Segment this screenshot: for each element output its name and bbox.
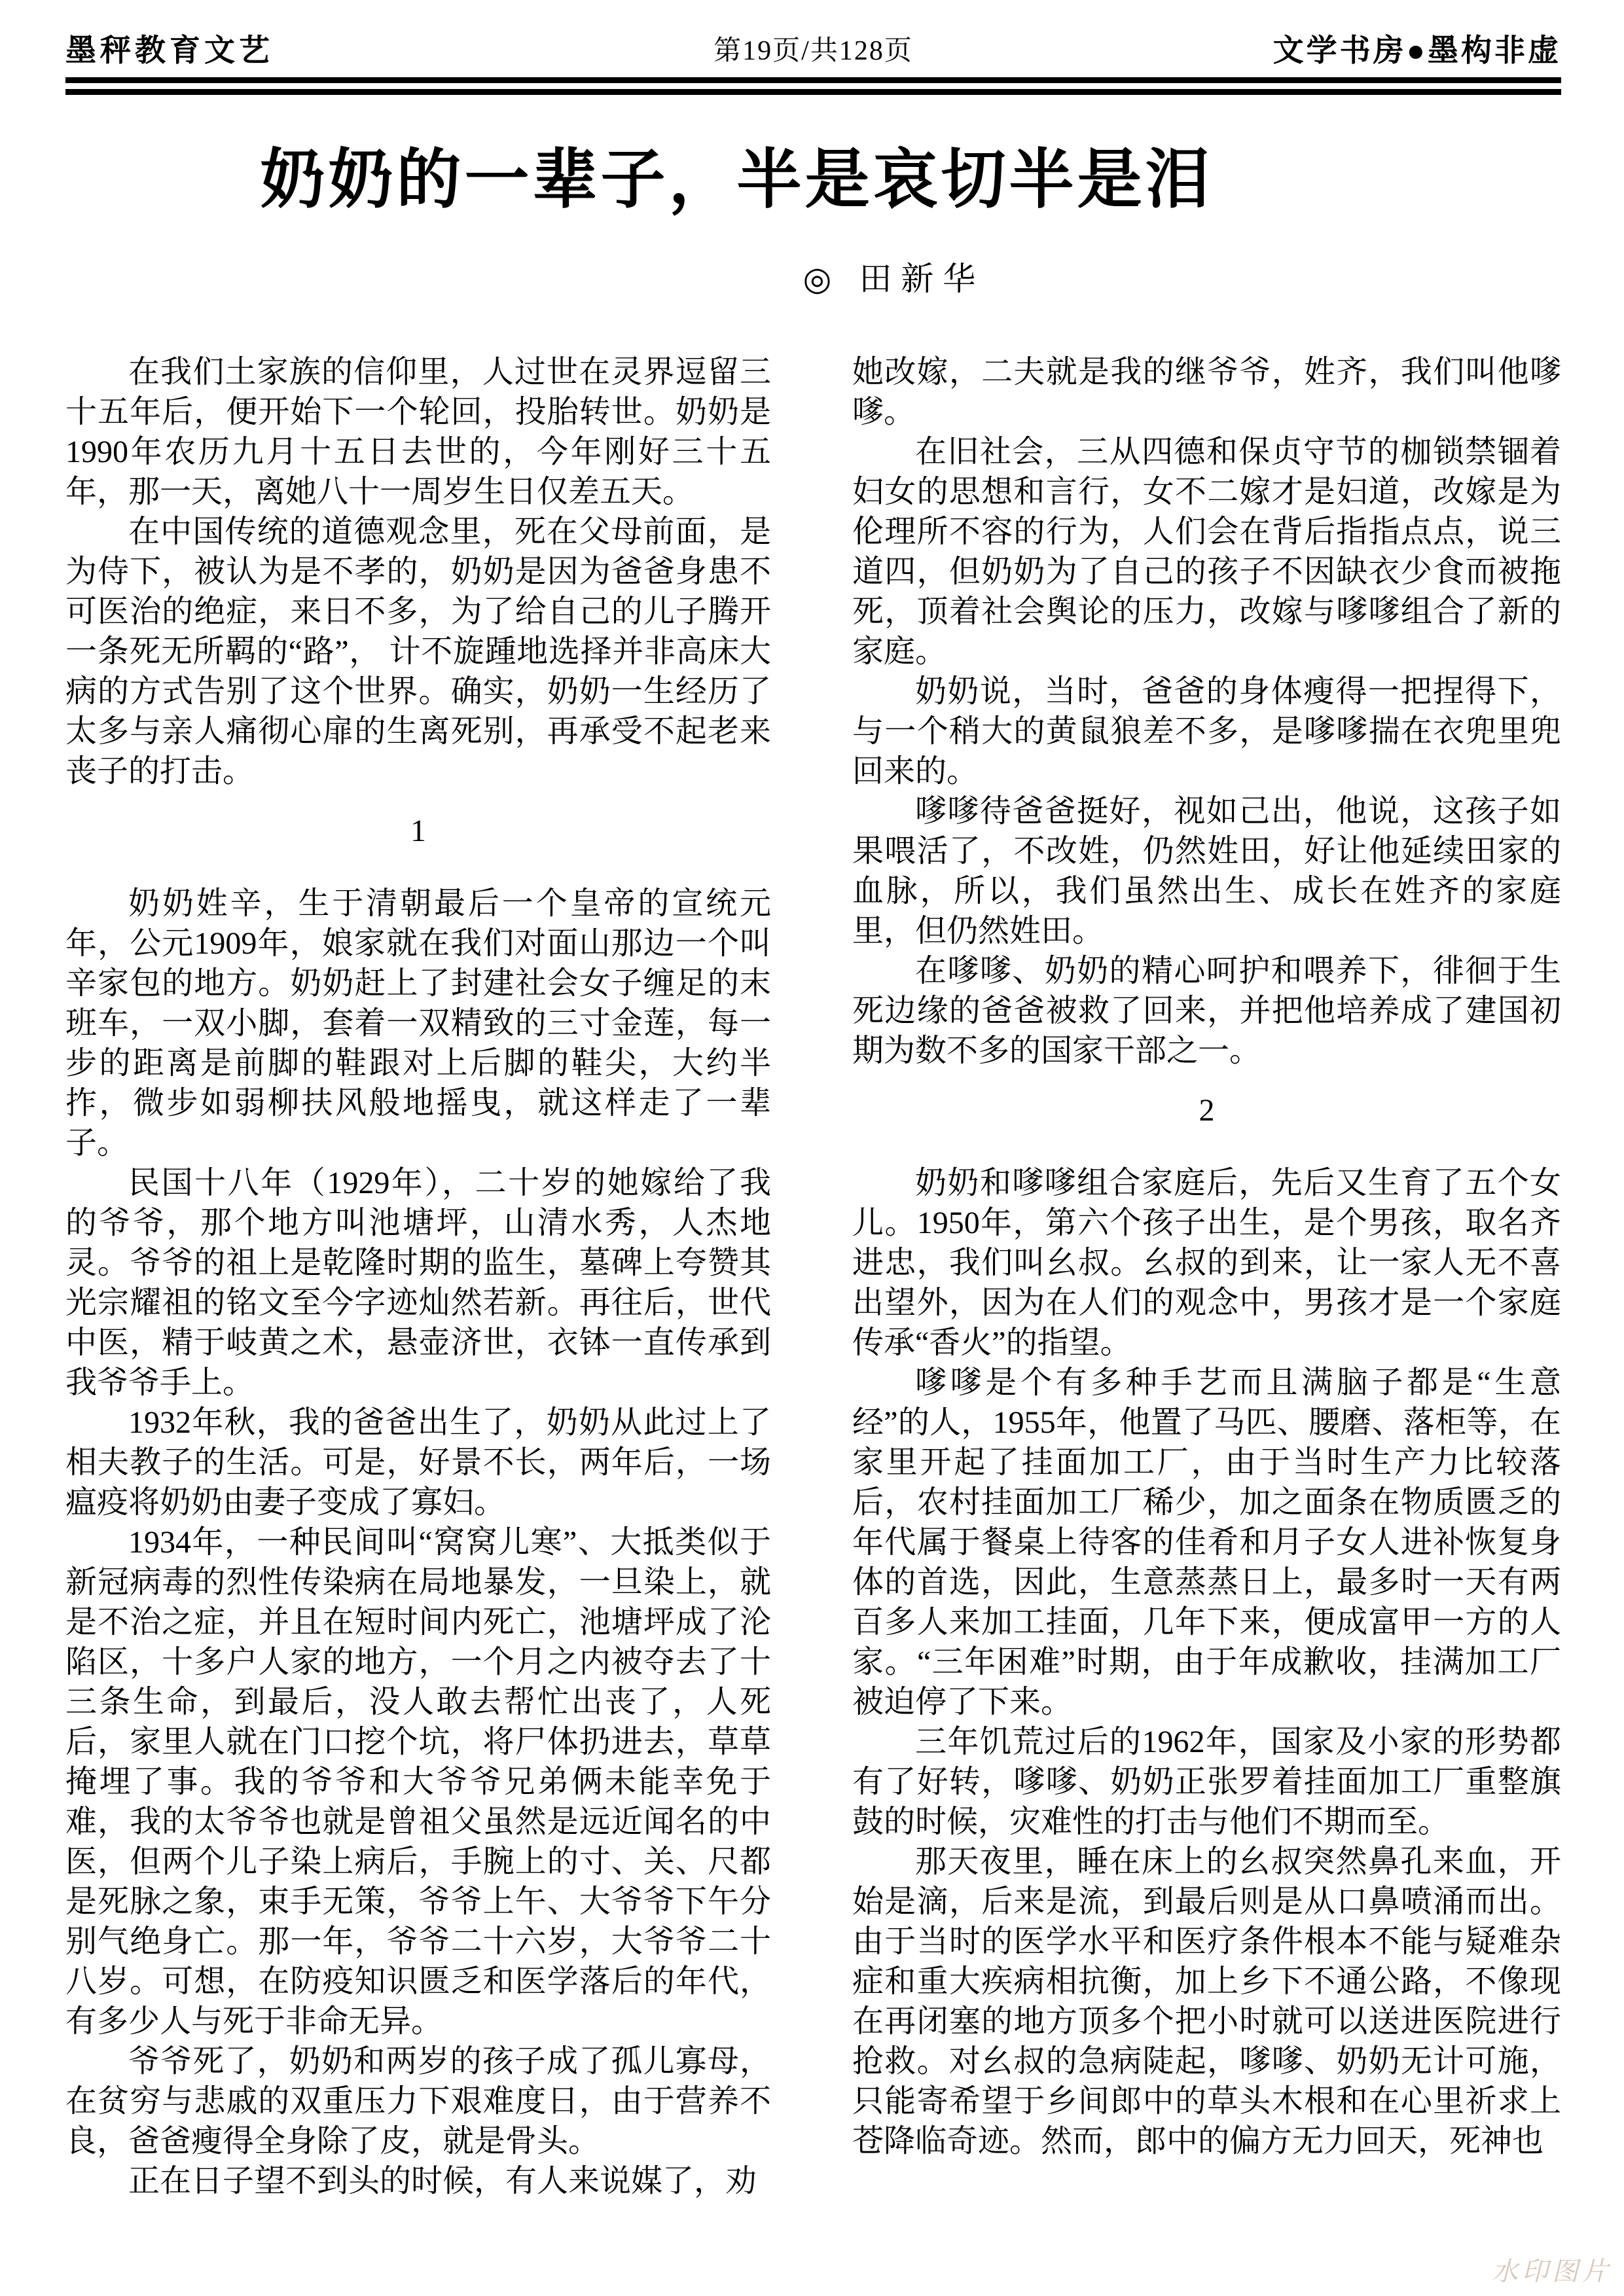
paragraph: 嗲嗲待爸爸挺好，视如己出，他说，这孩子如果喂活了，不改姓，仍然姓田，好让他延续田… <box>852 791 1561 951</box>
paragraph: 正在日子望不到头的时候，有人来说媒了，劝 <box>65 2161 771 2201</box>
paragraph: 在中国传统的道德观念里，死在父母前面，是为侍下，被认为是不孝的，奶奶是因为爸爸身… <box>65 512 771 791</box>
paragraph: 1932年秋，我的爸爸出生了，奶奶从此过上了相夫教子的生活。可是，好景不长，两年… <box>65 1403 771 1522</box>
section-name: 文学书房●墨构非虚 <box>1273 26 1561 70</box>
paragraph: 1934年，一种民间叫“窝窝儿寒”、大抵类似于新冠病毒的烈性传染病在局地暴发，一… <box>65 1522 771 2041</box>
paragraph: 在嗲嗲、奶奶的精心呵护和喂养下，徘徊于生死边缘的爸爸被救了回来，并把他培养成了建… <box>852 951 1561 1071</box>
magazine-page: 墨秤教育文艺 第19页/共128页 文学书房●墨构非虚 奶奶的一辈子，半是哀切半… <box>0 0 1624 2296</box>
author-mark-icon: ◎ <box>803 260 832 297</box>
left-column: 在我们土家族的信仰里，人过世在灵界逗留三十五年后，便开始下一个轮回，投胎转世。奶… <box>65 352 771 2201</box>
paragraph: 奶奶和嗲嗲组合家庭后，先后又生育了五个女儿。1950年，第六个孩子出生，是个男孩… <box>852 1163 1561 1363</box>
section-number: 1 <box>65 811 771 851</box>
paragraph: 在我们土家族的信仰里，人过世在灵界逗留三十五年后，便开始下一个轮回，投胎转世。奶… <box>65 352 771 512</box>
article-title: 奶奶的一辈子，半是哀切半是泪 <box>0 143 1549 218</box>
watermark: 水印图片 <box>1492 2251 1612 2288</box>
page-header: 墨秤教育文艺 第19页/共128页 文学书房●墨构非虚 <box>65 26 1561 65</box>
journal-name: 墨秤教育文艺 <box>65 26 274 70</box>
paragraph: 奶奶说，当时，爸爸的身体瘦得一把捏得下，与一个稍大的黄鼠狼差不多，是嗲嗲揣在衣兜… <box>852 672 1561 791</box>
page-number: 第19页/共128页 <box>713 29 913 68</box>
paragraph: 三年饥荒过后的1962年，国家及小家的形势都有了好转，嗲嗲、奶奶正张罗着挂面加工… <box>852 1722 1561 1842</box>
section-number: 2 <box>852 1090 1561 1130</box>
right-column: 她改嫁，二夫就是我的继爷爷，姓齐，我们叫他嗲嗲。在旧社会，三从四德和保贞守节的枷… <box>852 352 1561 2161</box>
paragraph: 爷爷死了，奶奶和两岁的孩子成了孤儿寡母，在贫穷与悲戚的双重压力下艰难度日，由于营… <box>65 2041 771 2161</box>
paragraph: 嗲嗲是个有多种手艺而且满脑子都是“生意经”的人，1955年，他置了马匹、腰磨、落… <box>852 1363 1561 1722</box>
paragraph: 在旧社会，三从四德和保贞守节的枷锁禁锢着妇女的思想和言行，女不二嫁才是妇道，改嫁… <box>852 432 1561 672</box>
author-name: 田新华 <box>859 260 984 297</box>
header-divider <box>65 77 1561 95</box>
paragraph: 那天夜里，睡在床上的幺叔突然鼻孔来血，开始是滴，后来是流，到最后则是从口鼻喷涌而… <box>852 1842 1561 2161</box>
paragraph: 民国十八年（1929年），二十岁的她嫁给了我的爷爷，那个地方叫池塘坪，山清水秀，… <box>65 1163 771 1403</box>
article-author-line: ◎田新华 <box>82 259 1624 298</box>
paragraph: 奶奶姓辛，生于清朝最后一个皇帝的宣统元年，公元1909年，娘家就在我们对面山那边… <box>65 884 771 1163</box>
paragraph: 她改嫁，二夫就是我的继爷爷，姓齐，我们叫他嗲嗲。 <box>852 352 1561 432</box>
